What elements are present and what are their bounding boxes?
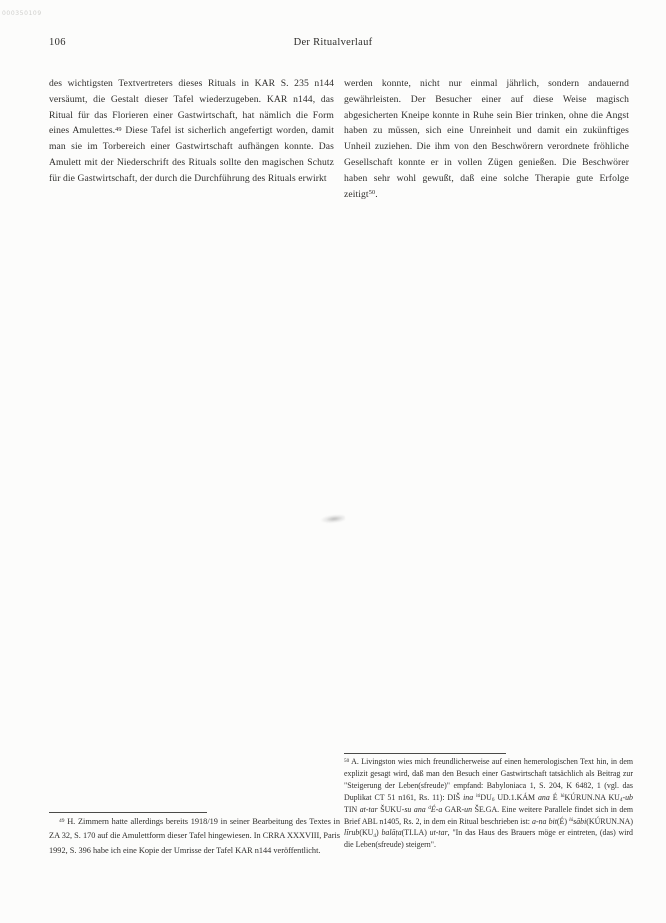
scan-smudge-artifact (321, 514, 346, 524)
running-head-title: Der Ritualverlauf (0, 37, 666, 48)
footnote-49: 49 H. Zimmern hatte allerdings bereits 1… (49, 815, 340, 858)
footnote-separator-right (344, 753, 506, 754)
footnote-50: 50 A. Livingston wies mich freundlicherw… (344, 756, 633, 851)
book-page-scan: 000350109 106 Der Ritualverlauf des wich… (0, 0, 666, 923)
main-text-left-column: des wichtigsten Textvertreters dieses Ri… (49, 76, 334, 187)
footnote-separator-left (49, 812, 207, 813)
scan-watermark: 000350109 (2, 10, 42, 17)
main-text-right-column: werden konnte, nicht nur einmal jährlich… (344, 76, 629, 202)
